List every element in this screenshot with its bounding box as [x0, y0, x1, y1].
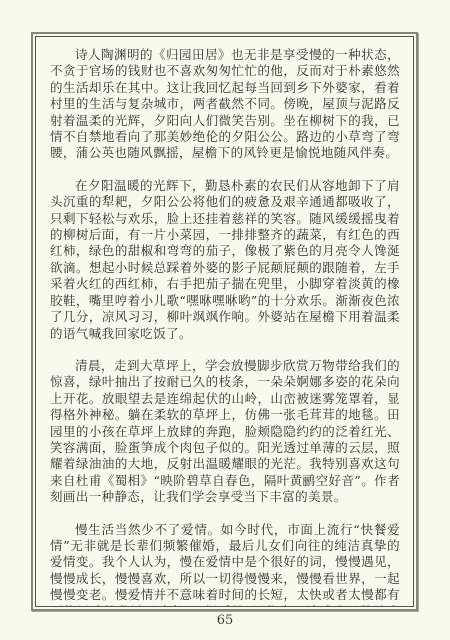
- page-content-area: 诗人陶渊明的《归园田居》也无非是享受慢的一种状态，不贪于官场的钱财也不喜欢匆匆忙…: [35, 36, 414, 607]
- page-number: 65: [0, 613, 450, 628]
- paragraph-3: 清晨，走到大草坪上，学会放慢脚步欣赏万物带给我们的惊喜，绿叶抽出了按耐已久的枝条…: [50, 358, 400, 506]
- page-border-frame: 诗人陶渊明的《归园田居》也无非是享受慢的一种状态，不贪于官场的钱财也不喜欢匆匆忙…: [31, 32, 418, 611]
- book-page: 诗人陶渊明的《归园田居》也无非是享受慢的一种状态，不贪于官场的钱财也不喜欢匆匆忙…: [0, 0, 450, 640]
- paragraph-4: 慢生活当然少不了爱情。如今时代，市面上流行“快餐爱情”无非就是长辈们频繁催婚，最…: [50, 522, 400, 607]
- paragraph-2: 在夕阳温暖的光辉下，勤恳朴素的农民们从容地卸下了肩头沉重的犁耙，夕阳公公将他们的…: [50, 178, 400, 342]
- paragraph-1: 诗人陶渊明的《归园田居》也无非是享受慢的一种状态，不贪于官场的钱财也不喜欢匆匆忙…: [50, 47, 400, 162]
